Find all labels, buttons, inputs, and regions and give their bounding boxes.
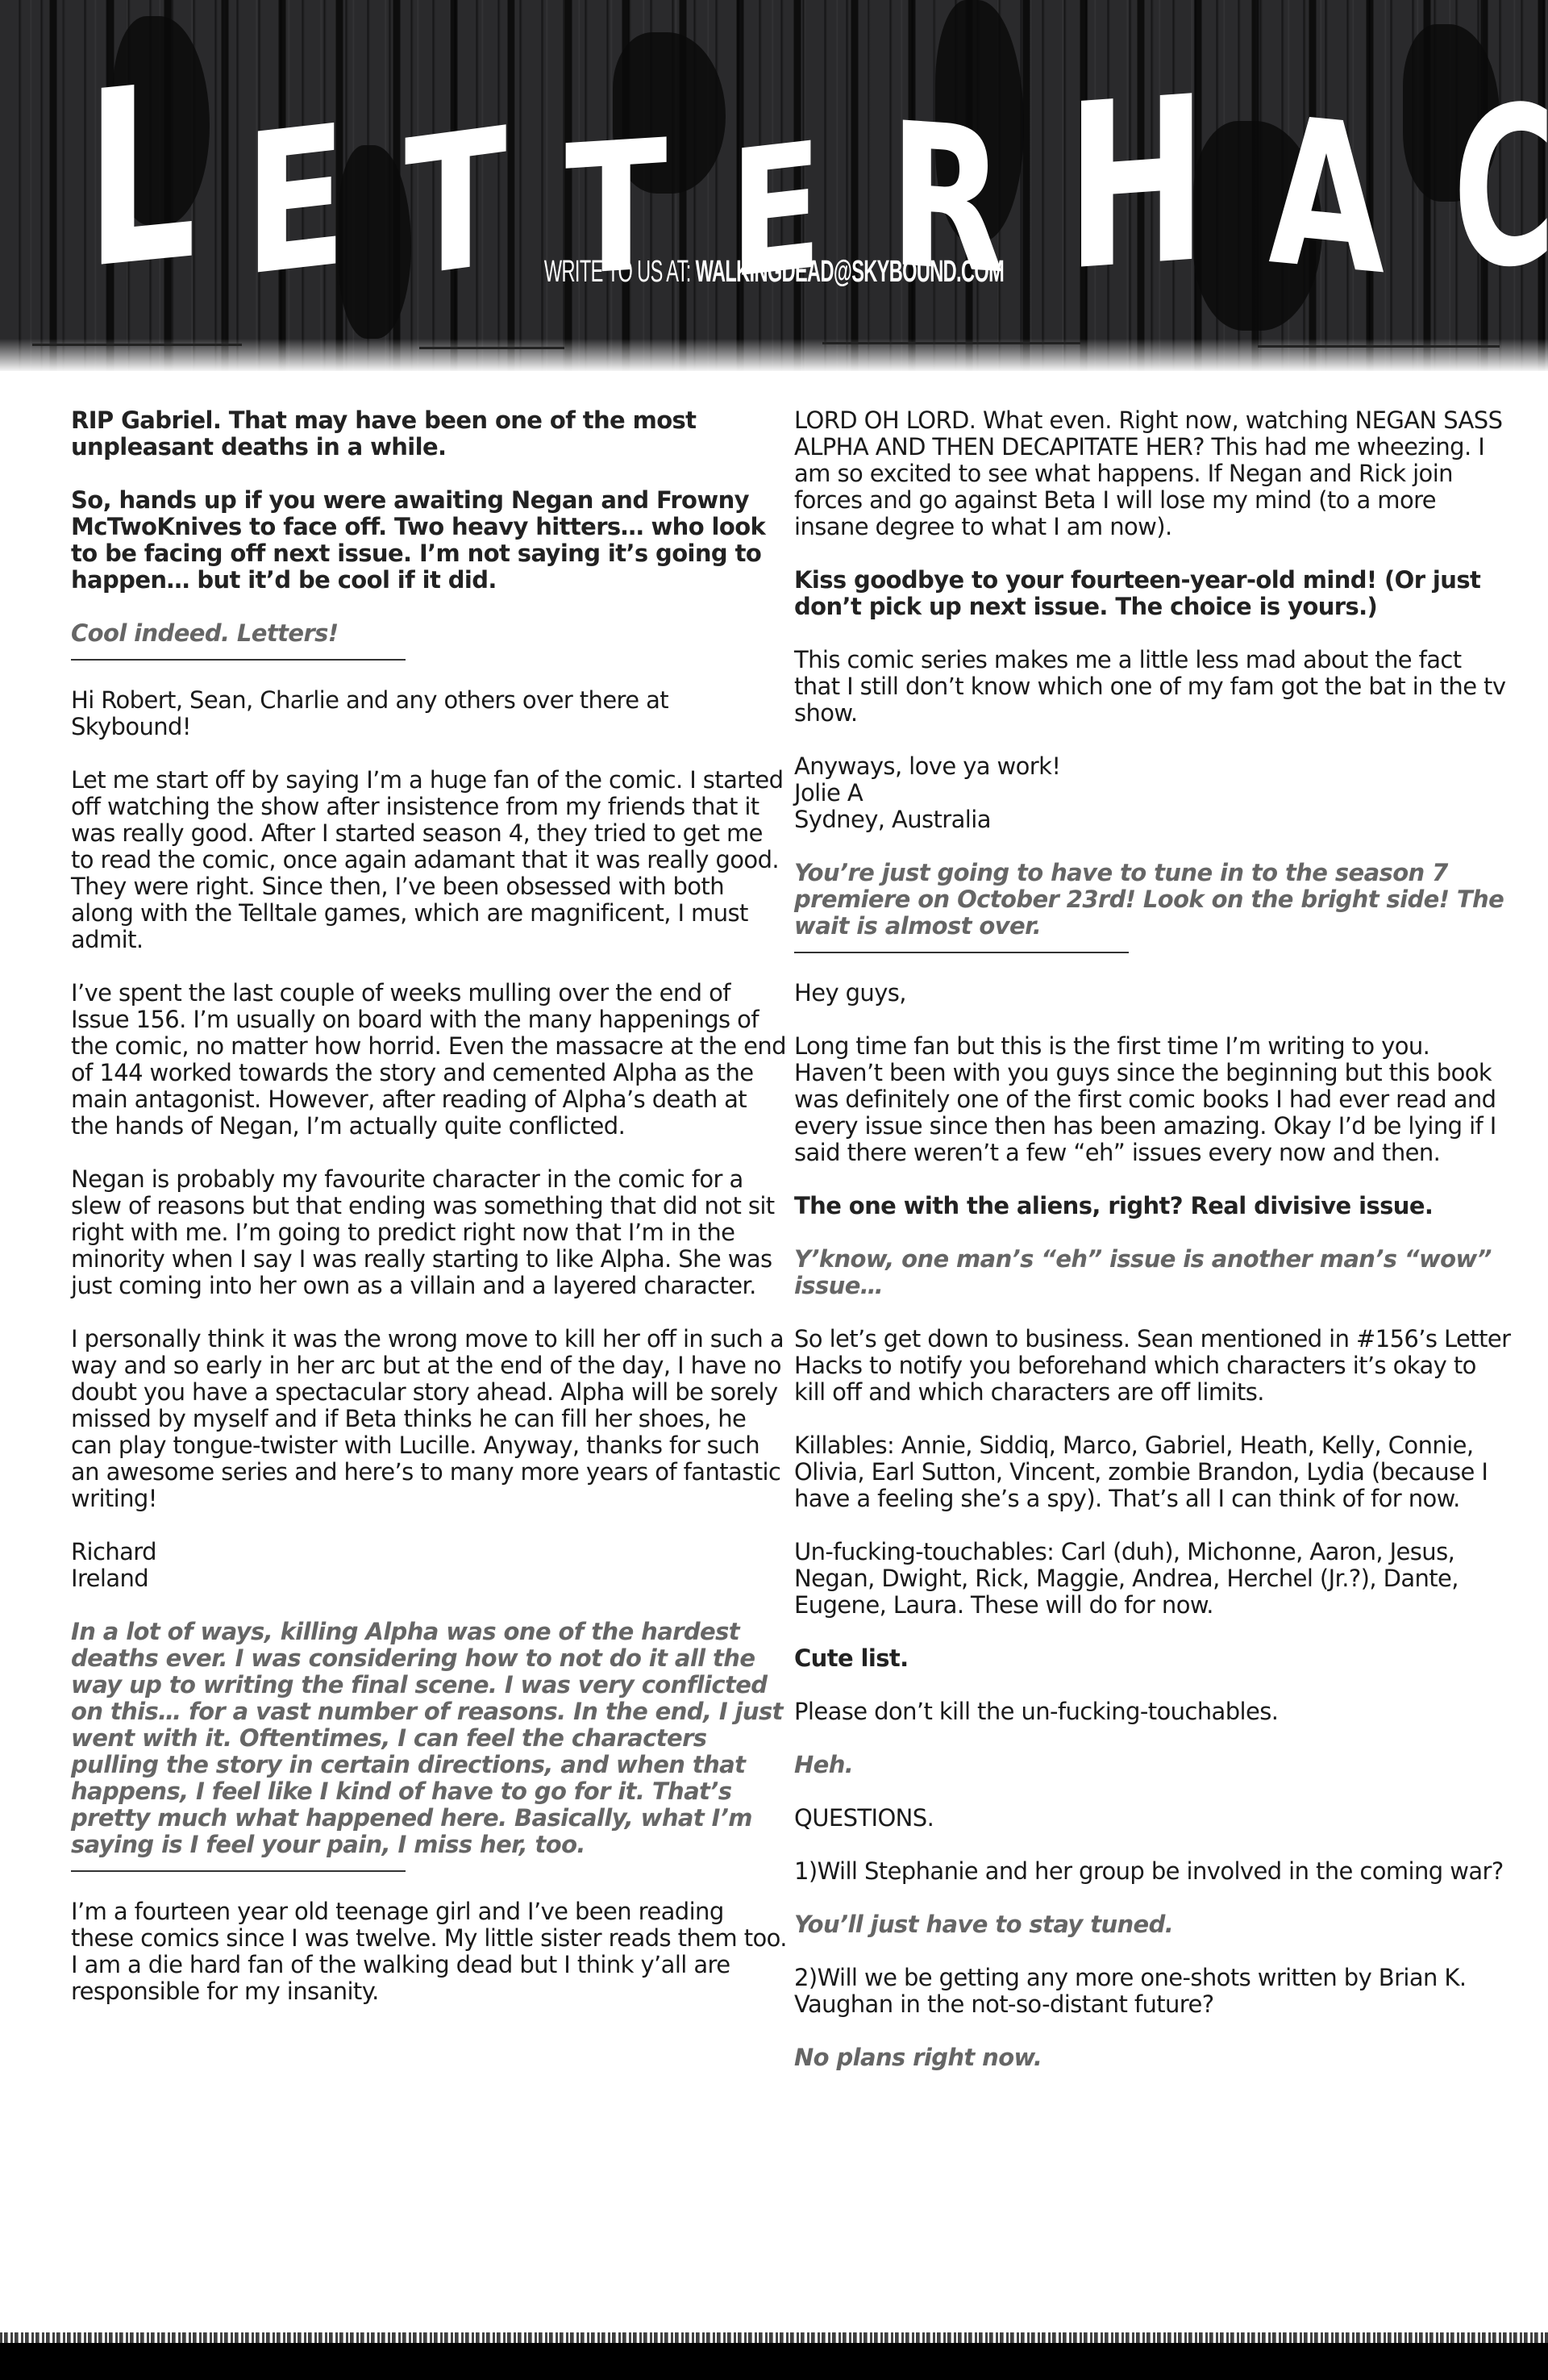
contact-line: WRITE TO US AT: WALKINGDEAD@SKYBOUND.COM — [294, 255, 1254, 290]
bottom-border — [0, 2343, 1548, 2380]
reader-letter-paragraph: Hi Robert, Sean, Charlie and any others … — [71, 687, 789, 740]
email-label: WRITE TO US AT: — [544, 255, 696, 289]
title-letter: C — [1453, 75, 1548, 303]
editor-reply: Heh. — [794, 1752, 1512, 1778]
reader-letter-paragraph: Richard Ireland — [71, 1539, 789, 1592]
reader-letter-paragraph: Anyways, love ya work! Jolie A Sydney, A… — [794, 753, 1512, 833]
reader-letter-paragraph: LORD OH LORD. What even. Right now, watc… — [794, 407, 1512, 540]
email-address[interactable]: WALKINGDEAD@SKYBOUND.COM — [696, 255, 1004, 289]
reader-letter-paragraph: I’m a fourteen year old teenage girl and… — [71, 1899, 789, 2005]
title-letter: L — [85, 52, 193, 304]
editor-reply: Cool indeed. Letters! — [71, 620, 789, 647]
editor-reply: You’ll just have to stay tuned. — [794, 1911, 1512, 1938]
letter-separator — [794, 952, 1129, 953]
reader-letter-paragraph: Let me start off by saying I’m a huge fa… — [71, 767, 789, 953]
reader-letter-paragraph: 2)Will we be getting any more one-shots … — [794, 1965, 1512, 2018]
reader-letter-paragraph: Killables: Annie, Siddiq, Marco, Gabriel… — [794, 1432, 1512, 1512]
letter-separator — [71, 1870, 406, 1872]
editor-comment: RIP Gabriel. That may have been one of t… — [71, 407, 789, 461]
reader-letter-paragraph: Long time fan but this is the first time… — [794, 1033, 1512, 1166]
reader-letter-paragraph: So let’s get down to business. Sean ment… — [794, 1326, 1512, 1406]
letter-hacks-banner: L E T T E R H A C K S WRITE TO US AT: WA… — [0, 0, 1548, 371]
reader-letter-paragraph: Please don’t kill the un-fucking-touchab… — [794, 1699, 1512, 1725]
editor-comment: The one with the aliens, right? Real div… — [794, 1193, 1512, 1219]
banner-torn-edge — [0, 339, 1548, 387]
editor-reply: In a lot of ways, killing Alpha was one … — [71, 1619, 789, 1858]
reader-letter-paragraph: I’ve spent the last couple of weeks mull… — [71, 980, 789, 1140]
reader-letter-paragraph: Un-fucking-touchables: Carl (duh), Micho… — [794, 1539, 1512, 1619]
editor-reply: You’re just going to have to tune in to … — [794, 860, 1512, 940]
editor-reply: Y’know, one man’s “eh” issue is another … — [794, 1246, 1512, 1299]
reader-letter-paragraph: Negan is probably my favourite character… — [71, 1166, 789, 1299]
editor-reply: No plans right now. — [794, 2044, 1512, 2071]
left-column: RIP Gabriel. That may have been one of t… — [71, 407, 789, 2032]
reader-letter-paragraph: I personally think it was the wrong move… — [71, 1326, 789, 1512]
editor-comment: Cute list. — [794, 1645, 1512, 1672]
right-column: LORD OH LORD. What even. Right now, watc… — [794, 407, 1512, 2098]
title-letter: A — [1268, 90, 1381, 303]
reader-letter-paragraph: This comic series makes me a little less… — [794, 647, 1512, 727]
reader-letter-paragraph: Hey guys, — [794, 980, 1512, 1007]
reader-letter-paragraph: QUESTIONS. — [794, 1805, 1512, 1832]
reader-letter-paragraph: 1)Will Stephanie and her group be involv… — [794, 1858, 1512, 1885]
editor-comment: So, hands up if you were awaiting Negan … — [71, 487, 789, 594]
letter-separator — [71, 659, 406, 661]
editor-comment: Kiss goodbye to your fourteen-year-old m… — [794, 567, 1512, 620]
